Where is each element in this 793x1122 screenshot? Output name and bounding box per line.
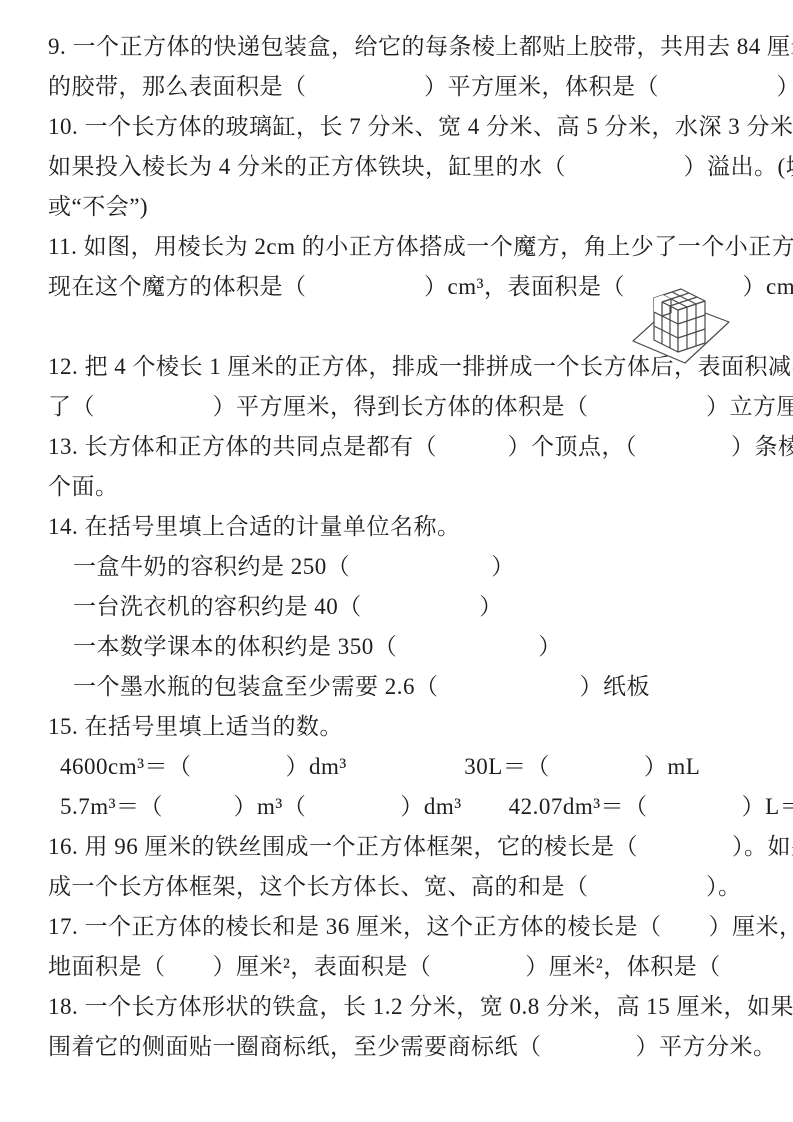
question-line: 或“不会”) — [48, 187, 760, 227]
question-line: 了（ ）平方厘米，得到长方体的体积是（ ）立方厘米。 — [48, 387, 760, 427]
question-line: 成一个长方体框架，这个长方体长、宽、高的和是（ ）。 — [48, 867, 760, 907]
question-sub-line: 一台洗衣机的容积约是 40（ ） — [48, 587, 760, 627]
question-line: 地面积是（ ）厘米²，表面积是（ ）厘米²，体积是（ ）厘米³。 — [48, 947, 760, 987]
question-16: 16. 用 96 厘米的铁丝围成一个正方体框架，它的棱长是（ ）。如果围 成一个… — [48, 827, 760, 907]
question-line: 的胶带，那么表面积是（ ）平方厘米，体积是（ ）立方厘米。 — [48, 67, 760, 107]
question-18: 18. 一个长方体形状的铁盒，长 1.2 分米，宽 0.8 分米，高 15 厘米… — [48, 987, 760, 1067]
question-line: 15. 在括号里填上适当的数。 — [48, 707, 760, 747]
question-line: 个面。 — [48, 467, 760, 507]
question-14: 14. 在括号里填上合适的计量单位名称。 一盒牛奶的容积约是 250（ ） 一台… — [48, 507, 760, 707]
question-10: 10. 一个长方体的玻璃缸，长 7 分米、宽 4 分米、高 5 分米，水深 3 … — [48, 107, 760, 227]
question-sub-line: 一个墨水瓶的包装盒至少需要 2.6（ ）纸板 — [48, 667, 760, 707]
question-sub-line: 一本数学课本的体积约是 350（ ） — [48, 627, 760, 667]
question-line: 10. 一个长方体的玻璃缸，长 7 分米、宽 4 分米、高 5 分米，水深 3 … — [48, 107, 760, 147]
question-line: 9. 一个正方体的快递包装盒，给它的每条棱上都贴上胶带，共用去 84 厘米 — [48, 27, 760, 67]
question-9: 9. 一个正方体的快递包装盒，给它的每条棱上都贴上胶带，共用去 84 厘米 的胶… — [48, 27, 760, 107]
question-line: 如果投入棱长为 4 分米的正方体铁块，缸里的水（ ）溢出。(填“会” — [48, 147, 760, 187]
cube-missing-corner-icon — [630, 278, 730, 366]
question-17: 17. 一个正方体的棱长和是 36 厘米，这个正方体的棱长是（ ）厘米，占 地面… — [48, 907, 760, 987]
question-15: 15. 在括号里填上适当的数。 4600cm³＝（ ）dm³ 30L＝（ ）mL… — [48, 707, 760, 827]
question-sub-line: 4600cm³＝（ ）dm³ 30L＝（ ）mL — [48, 747, 760, 787]
question-line: 13. 长方体和正方体的共同点是都有（ ）个顶点，（ ）条棱，（ ） — [48, 427, 760, 467]
question-sub-line: 一盒牛奶的容积约是 250（ ） — [48, 547, 760, 587]
cube-missing-corner-figure — [630, 278, 730, 366]
question-sub-line: 5.7m³＝（ ）m³（ ）dm³ 42.07dm³＝（ ）L＝（ ）mL — [48, 787, 760, 827]
question-line: 11. 如图，用棱长为 2cm 的小正方体搭成一个魔方，角上少了一个小正方体。 — [48, 227, 760, 267]
question-13: 13. 长方体和正方体的共同点是都有（ ）个顶点，（ ）条棱，（ ） 个面。 — [48, 427, 760, 507]
worksheet-page: 9. 一个正方体的快递包装盒，给它的每条棱上都贴上胶带，共用去 84 厘米 的胶… — [48, 27, 760, 1067]
question-line: 围着它的侧面贴一圈商标纸，至少需要商标纸（ ）平方分米。 — [48, 1027, 760, 1067]
question-line: 17. 一个正方体的棱长和是 36 厘米，这个正方体的棱长是（ ）厘米，占 — [48, 907, 760, 947]
question-line: 18. 一个长方体形状的铁盒，长 1.2 分米，宽 0.8 分米，高 15 厘米… — [48, 987, 760, 1027]
question-line: 16. 用 96 厘米的铁丝围成一个正方体框架，它的棱长是（ ）。如果围 — [48, 827, 760, 867]
question-line: 14. 在括号里填上合适的计量单位名称。 — [48, 507, 760, 547]
